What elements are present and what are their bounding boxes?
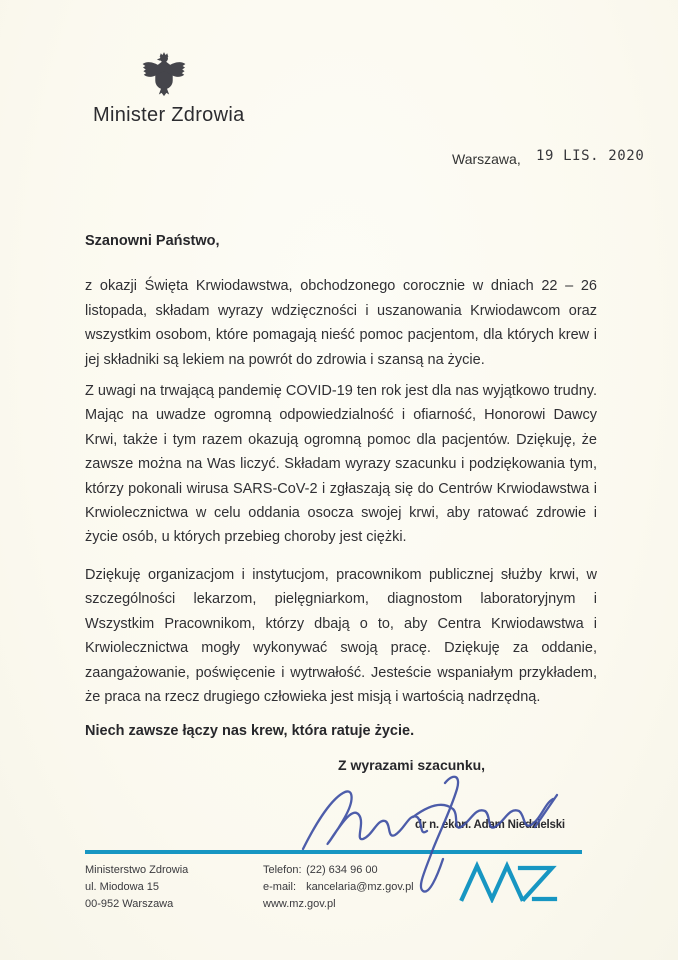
valediction: Z wyrazami szacunku, (338, 757, 485, 773)
footer-address-line: ul. Miodowa 15 (85, 879, 188, 896)
footer-address-line: Ministerstwo Zdrowia (85, 862, 188, 879)
footer-accent-rule (85, 850, 582, 854)
footer-website: www.mz.gov.pl (263, 896, 414, 913)
mz-ministry-logo-icon (458, 861, 570, 903)
footer-address-line: 00-952 Warszawa (85, 896, 188, 913)
closing-line: Niech zawsze łączy nas krew, która ratuj… (85, 719, 597, 743)
eagle-beak (157, 58, 161, 61)
letter-paragraph: z okazji Święta Krwiodawstwa, obchodzone… (85, 274, 597, 372)
salutation: Szanowni Państwo, (85, 229, 597, 253)
footer-address: Ministerstwo Zdrowia ul. Miodowa 15 00-9… (85, 862, 188, 913)
dateline-city: Warszawa, (452, 151, 521, 167)
letter-paragraph: Z uwagi na trwającą pandemię COVID-19 te… (85, 379, 597, 550)
footer-phone-row: Telefon: (22) 634 96 00 (263, 862, 414, 879)
footer-contact: Telefon: (22) 634 96 00 e-mail: kancelar… (263, 862, 414, 913)
phone-value: (22) 634 96 00 (306, 864, 378, 876)
letter-page: Minister Zdrowia Warszawa, 19 LIS. 2020 … (0, 0, 678, 960)
letter-body: Szanowni Państwo, z okazji Święta Krwiod… (85, 229, 597, 744)
signer-name: dr n. ekon. Adam Niedzielski (415, 819, 565, 831)
letter-paragraph: Dziękuję organizacjom i instytucjom, pra… (85, 563, 597, 709)
phone-label: Telefon: (263, 862, 303, 879)
footer-email-row: e-mail: kancelaria@mz.gov.pl (263, 879, 414, 896)
email-label: e-mail: (263, 879, 303, 896)
email-value: kancelaria@mz.gov.pl (306, 881, 414, 893)
polish-eagle-emblem-icon (141, 50, 187, 97)
sender-title: Minister Zdrowia (93, 104, 245, 127)
date-stamp: 19 LIS. 2020 (536, 148, 644, 164)
